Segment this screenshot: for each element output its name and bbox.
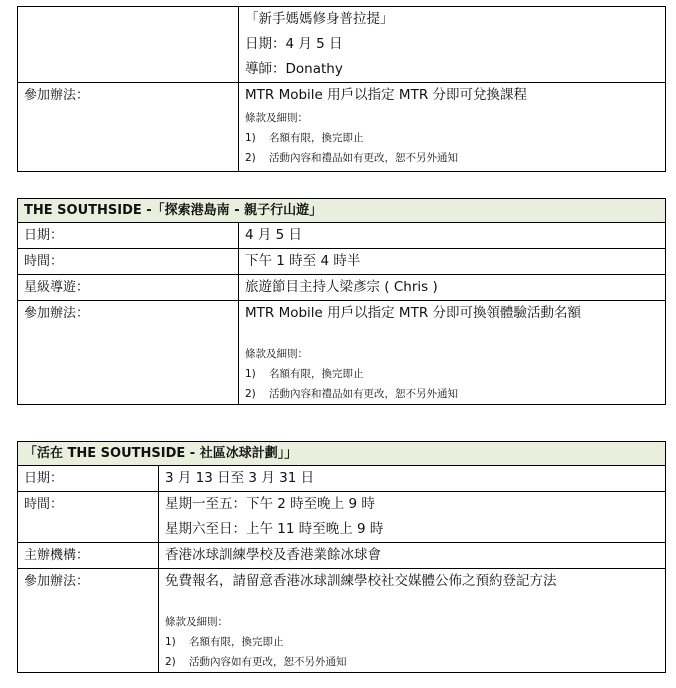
- row-label: 日期：: [18, 223, 239, 249]
- terms-title: 條款及細則：: [245, 344, 659, 364]
- row-label: 時間：: [18, 492, 159, 543]
- course-date: 日期：4 月 5 日: [245, 32, 659, 57]
- row-label: 參加辦法：: [18, 301, 239, 405]
- row-label: 時間：: [18, 249, 239, 275]
- row-label: 參加辦法：: [18, 83, 239, 172]
- row-label: [18, 7, 239, 83]
- row-value: 星期一至五：下午 2 時至晚上 9 時 星期六至日：上午 11 時至晚上 9 時: [159, 492, 666, 543]
- terms-item: 1)名額有限，換完即止: [245, 128, 659, 148]
- row-label: 主辦機構：: [18, 543, 159, 569]
- time-weekday: 星期一至五：下午 2 時至晚上 9 時: [165, 492, 659, 517]
- row-label: 參加辦法：: [18, 569, 159, 673]
- terms-item: 1)名額有限，換完即止: [245, 364, 659, 384]
- course-title: 「新手媽媽修身普拉提」: [245, 7, 659, 32]
- row-value: 香港冰球訓練學校及香港業餘冰球會: [159, 543, 666, 569]
- table-row: 時間： 星期一至五：下午 2 時至晚上 9 時 星期六至日：上午 11 時至晚上…: [18, 492, 666, 543]
- row-value: 下午 1 時至 4 時半: [239, 249, 666, 275]
- terms-item: 2)活動內容和禮品如有更改，恕不另外通知: [245, 148, 659, 168]
- table-row: 主辦機構： 香港冰球訓練學校及香港業餘冰球會: [18, 543, 666, 569]
- course-instructor: 導師：Donathy: [245, 57, 659, 82]
- table-row: 日期： 4 月 5 日: [18, 223, 666, 249]
- time-weekend: 星期六至日：上午 11 時至晚上 9 時: [165, 517, 659, 542]
- event-title: THE SOUTHSIDE -「探索港島南 - 親子行山遊」: [18, 199, 666, 223]
- participation-cell: MTR Mobile 用戶以指定 MTR 分即可換領體驗活動名額 條款及細則： …: [239, 301, 666, 405]
- terms-title: 條款及細則：: [165, 612, 659, 632]
- row-value: 4 月 5 日: [239, 223, 666, 249]
- participation-main: MTR Mobile 用戶以指定 MTR 分即可換領體驗活動名額: [245, 301, 659, 326]
- participation-main: 免費報名，請留意香港冰球訓練學校社交媒體公佈之預約登記方法: [165, 569, 659, 594]
- terms-item: 1)名額有限，換完即止: [165, 632, 659, 652]
- table-row: 參加辦法： MTR Mobile 用戶以指定 MTR 分即可兌換課程 條款及細則…: [18, 83, 666, 172]
- pilates-table: 「新手媽媽修身普拉提」 日期：4 月 5 日 導師：Donathy 參加辦法： …: [17, 6, 666, 172]
- row-label: 日期：: [18, 466, 159, 492]
- terms-title: 條款及細則：: [245, 108, 659, 128]
- table-row: 星級導遊： 旅遊節目主持人梁彥宗 ( Chris ): [18, 275, 666, 301]
- participation-cell: 免費報名，請留意香港冰球訓練學校社交媒體公佈之預約登記方法 條款及細則： 1)名…: [159, 569, 666, 673]
- table-header: THE SOUTHSIDE -「探索港島南 - 親子行山遊」: [18, 199, 666, 223]
- row-value: 旅遊節目主持人梁彥宗 ( Chris ): [239, 275, 666, 301]
- row-label: 星級導遊：: [18, 275, 239, 301]
- row-value: 3 月 13 日至 3 月 31 日: [159, 466, 666, 492]
- participation-main: MTR Mobile 用戶以指定 MTR 分即可兌換課程: [245, 83, 659, 108]
- participation-cell: MTR Mobile 用戶以指定 MTR 分即可兌換課程 條款及細則： 1)名額…: [239, 83, 666, 172]
- course-info: 「新手媽媽修身普拉提」 日期：4 月 5 日 導師：Donathy: [239, 7, 666, 83]
- table-header: 「活在 THE SOUTHSIDE - 社區冰球計劃」」: [18, 442, 666, 466]
- table-row: 時間： 下午 1 時至 4 時半: [18, 249, 666, 275]
- terms-item: 2)活動內容和禮品如有更改，恕不另外通知: [245, 384, 659, 404]
- terms-item: 2)活動內容如有更改，恕不另外通知: [165, 652, 659, 672]
- table-row: 參加辦法： 免費報名，請留意香港冰球訓練學校社交媒體公佈之預約登記方法 條款及細…: [18, 569, 666, 673]
- hiking-table: THE SOUTHSIDE -「探索港島南 - 親子行山遊」 日期： 4 月 5…: [17, 198, 666, 405]
- table-row: 參加辦法： MTR Mobile 用戶以指定 MTR 分即可換領體驗活動名額 條…: [18, 301, 666, 405]
- ice-hockey-table: 「活在 THE SOUTHSIDE - 社區冰球計劃」」 日期： 3 月 13 …: [17, 441, 666, 673]
- event-title: 「活在 THE SOUTHSIDE - 社區冰球計劃」」: [18, 442, 666, 466]
- table-row: 「新手媽媽修身普拉提」 日期：4 月 5 日 導師：Donathy: [18, 7, 666, 83]
- table-row: 日期： 3 月 13 日至 3 月 31 日: [18, 466, 666, 492]
